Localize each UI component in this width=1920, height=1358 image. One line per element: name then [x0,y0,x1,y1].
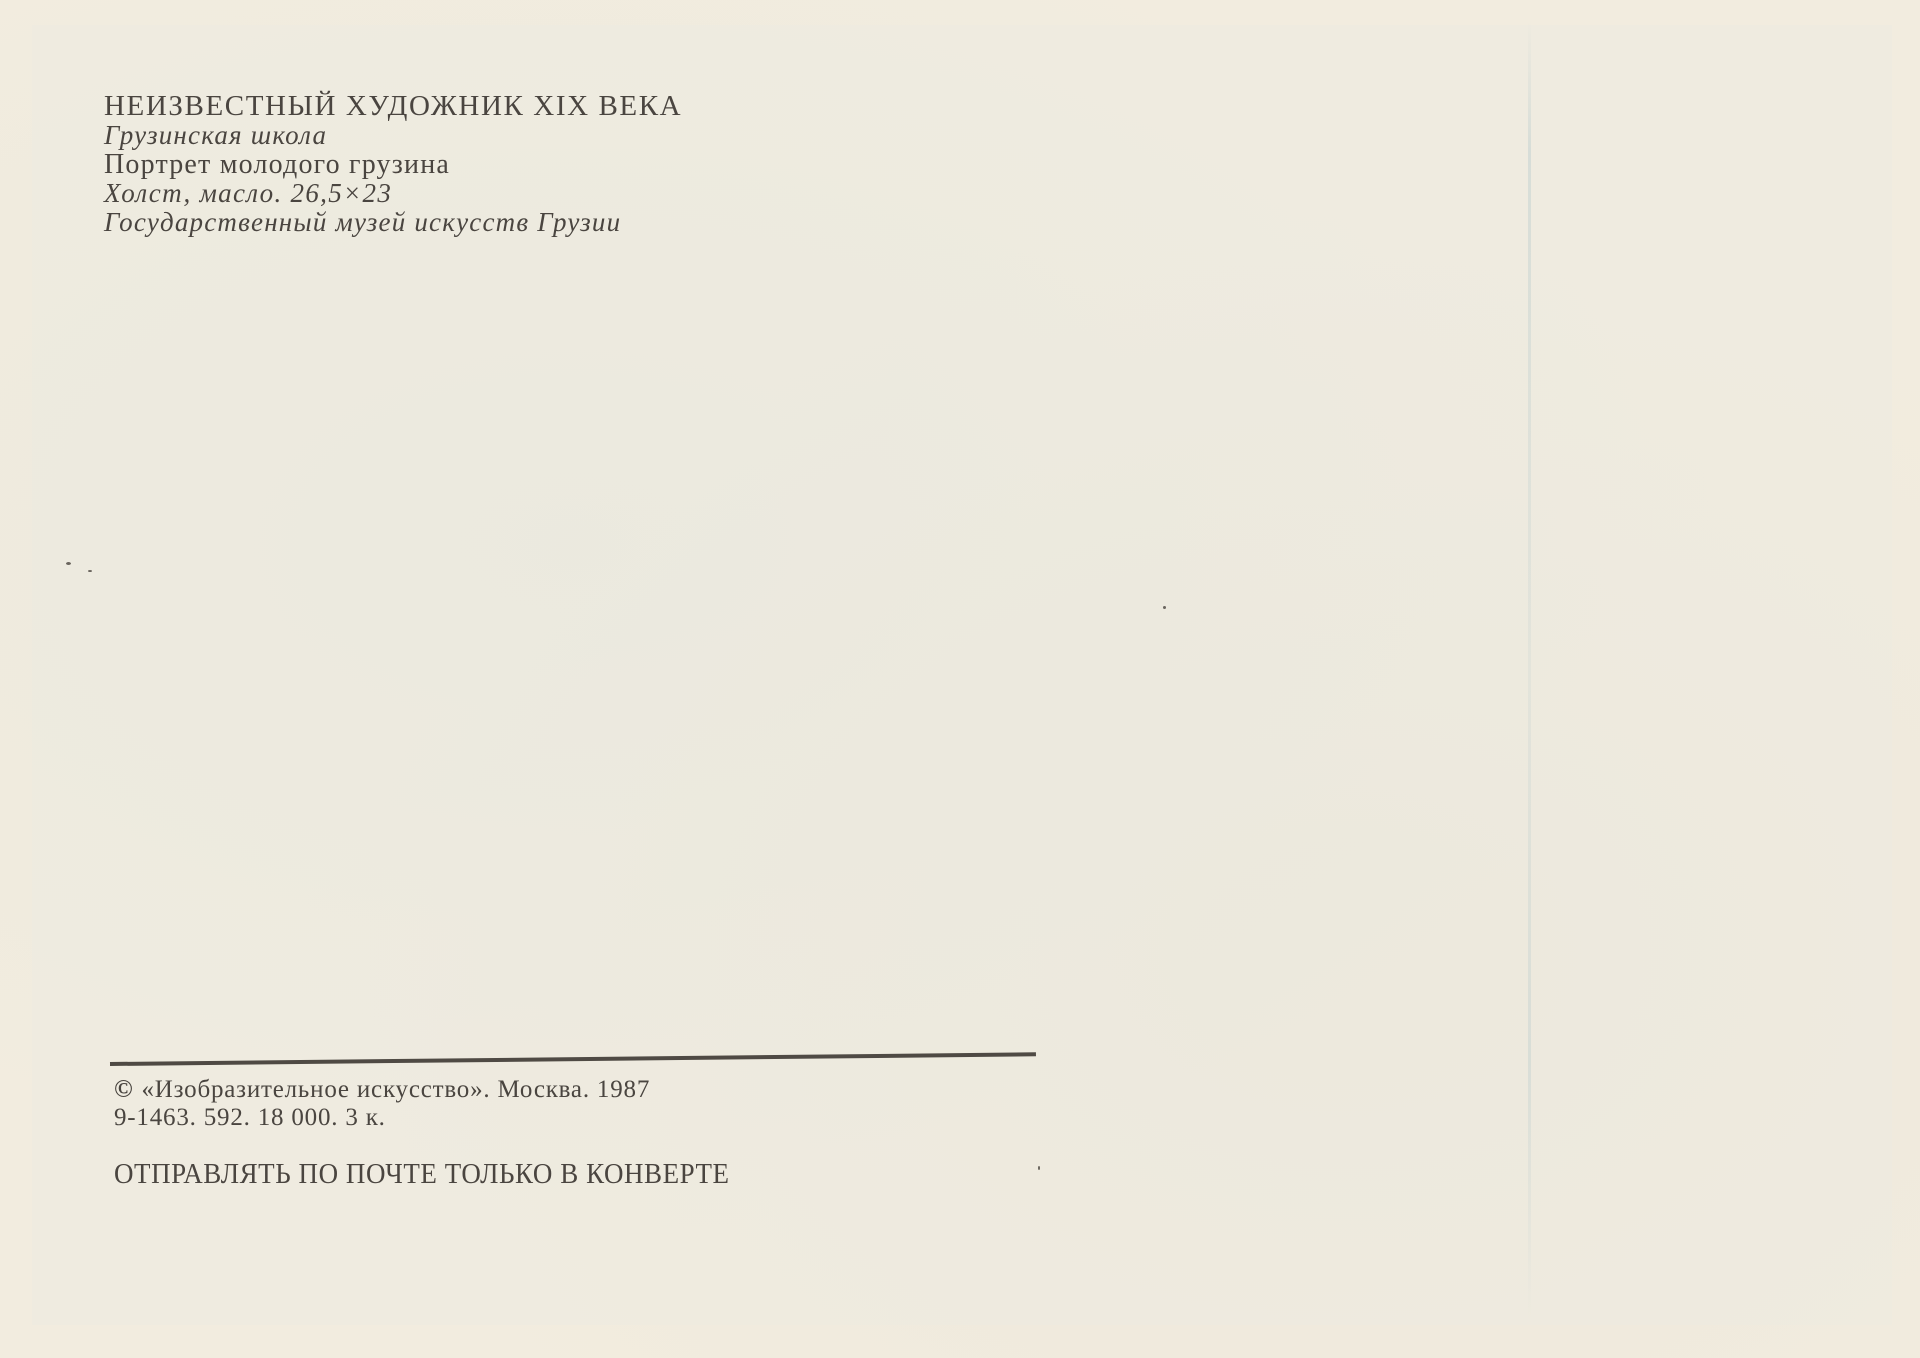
artwork-caption: НЕИЗВЕСТНЫЙ ХУДОЖНИК XIX ВЕКА Грузинская… [104,92,682,237]
mailing-notice: ОТПРАВЛЯТЬ ПО ПОЧТЕ ТОЛЬКО В КОНВЕРТЕ [114,1158,730,1191]
artist-name: НЕИЗВЕСТНЫЙ ХУДОЖНИК XIX ВЕКА [104,92,682,121]
publisher-line: «Изобразительное искусство». Москва. 198… [141,1076,650,1103]
faint-vertical-line [1528,20,1531,1320]
art-school: Грузинская школа [104,121,682,150]
museum-name: Государственный музей искусств Грузии [104,208,682,237]
paper-speck [66,562,71,565]
postcard-back: НЕИЗВЕСТНЫЙ ХУДОЖНИК XIX ВЕКА Грузинская… [0,0,1920,1358]
paper-speck [1038,1166,1040,1170]
copyright-icon: © [114,1076,133,1103]
publisher-line-row: ©«Изобразительное искусство». Москва. 19… [114,1076,650,1104]
artwork-medium-size: Холст, масло. 26,5×23 [104,179,682,208]
paper-speck [1163,606,1166,609]
paper-speck [88,570,92,572]
print-info: 9-1463. 592. 18 000. 3 к. [114,1104,650,1132]
artwork-title: Портрет молодого грузина [104,150,682,179]
publisher-imprint: ©«Изобразительное искусство». Москва. 19… [114,1076,650,1132]
